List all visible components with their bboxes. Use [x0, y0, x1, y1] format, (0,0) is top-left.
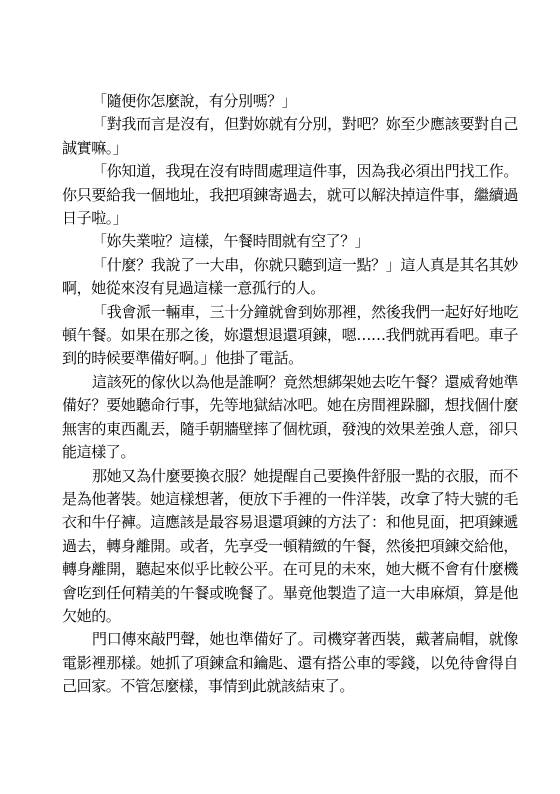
paragraph: 「什麼？我說了一大串，你就只聽到這一點？」這人真是其名其妙啊，她從來沒有見過這樣… [62, 254, 518, 301]
paragraph: 「你知道，我現在沒有時間處理這件事，因為我必須出門找工作。你只要給我一個地址，我… [62, 160, 518, 230]
paragraph: 門口傳來敲門聲，她也準備好了。司機穿著西裝，戴著扁帽，就像電影裡那樣。她抓了項鍊… [62, 628, 518, 698]
paragraph: 這該死的傢伙以為他是誰啊？竟然想綁架她去吃午餐？還威脅她準備好？要她聽命行事，先… [62, 371, 518, 465]
paragraph: 「對我而言是沒有，但對妳就有分別，對吧？妳至少應該要對自己誠實嘛。」 [62, 113, 518, 160]
paragraph: 「妳失業啦？這樣，午餐時間就有空了？」 [62, 230, 518, 253]
paragraph: 那她又為什麼要換衣服？她提醒自己要換件舒服一點的衣服，而不是為他著裝。她這樣想著… [62, 465, 518, 629]
text-body: 「隨便你怎麼說，有分別嗎？」「對我而言是沒有，但對妳就有分別，對吧？妳至少應該要… [62, 90, 518, 699]
book-page: 「隨便你怎麼說，有分別嗎？」「對我而言是沒有，但對妳就有分別，對吧？妳至少應該要… [0, 0, 560, 794]
paragraph: 「我會派一輛車，三十分鐘就會到妳那裡，然後我們一起好好地吃頓午餐。如果在那之後，… [62, 301, 518, 371]
paragraph: 「隨便你怎麼說，有分別嗎？」 [62, 90, 518, 113]
